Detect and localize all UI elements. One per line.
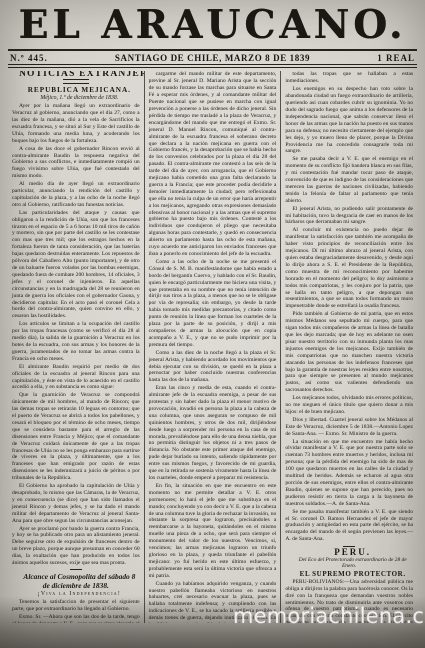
article-paragraph: Tenemos la satisfaccion de presentar el … bbox=[12, 599, 140, 613]
article-paragraph: La situación en que me encuentro me habí… bbox=[285, 439, 413, 508]
article-paragraph: Que la guarnición de Veracruz se compond… bbox=[12, 392, 140, 482]
peru-section-header: PERU. bbox=[285, 549, 413, 556]
article-paragraph: Como a las diez de la noche llegó a la p… bbox=[149, 350, 277, 385]
column-3: todas las tropas que se hallaban a estas… bbox=[280, 71, 417, 623]
article-paragraph: Dios y libertad. Cuartel jeneral sobre l… bbox=[285, 417, 413, 438]
article-paragraph: cargarme del mando militar de este depar… bbox=[149, 71, 277, 257]
masthead-rule bbox=[8, 49, 417, 51]
section-divider bbox=[70, 569, 82, 570]
article-paragraph: Los artículos se limitan a la ocupación … bbox=[12, 321, 140, 362]
article-paragraph: Se me pasaba manifestar también a V. E. … bbox=[285, 509, 413, 544]
article-paragraph: Ayer se proclamó por bando la guerra con… bbox=[12, 526, 140, 567]
newspaper-page: EL ARAUCANO. N.º 445. SANTIAGO DE CHILE,… bbox=[0, 0, 425, 648]
article-paragraph: Pido también al Gobierno de mi patria, q… bbox=[285, 311, 413, 394]
article-paragraph: Las particularidades del ataque y causas… bbox=[12, 210, 140, 321]
alcance-title: Alcance al Cosmopolita del sábado 8 de d… bbox=[12, 573, 140, 590]
price-label: 1 REAL bbox=[330, 53, 415, 63]
article-subheader: REPUBLICA MEJICANA. bbox=[12, 87, 140, 94]
article-paragraph: Al medio día de ayer llegó un extraordin… bbox=[12, 181, 140, 209]
article-paragraph: A cosa de las doce el gobernador Rincon … bbox=[12, 146, 140, 181]
place-date: SANTIAGO DE CHILE, MARZO 8 DE 1839 bbox=[95, 53, 330, 63]
dateline-rule bbox=[8, 64, 417, 69]
article-paragraph: Al concluir mi existencia no puedo dejar… bbox=[285, 227, 413, 310]
masthead-title: EL ARAUCANO. bbox=[8, 5, 417, 46]
article-paragraph: Se me pasaba decir a V. E. que el enemig… bbox=[285, 156, 413, 204]
article-paragraph: Los enemigos en su despecho han roto sob… bbox=[285, 86, 413, 155]
issue-number: N.º 445. bbox=[10, 53, 95, 63]
article-paragraph: Como a las ocho de la noche se me presen… bbox=[149, 259, 277, 349]
article-paragraph: Ayer por la mañana llegó un extraordinar… bbox=[12, 103, 140, 144]
article-paragraph: El jeneral Arista, no pudiendo salir pro… bbox=[285, 206, 413, 227]
watermark: memoriachilena.cl bbox=[233, 604, 425, 628]
article-paragraph: Exmo. Sr. —Ahora que son las dos de la t… bbox=[12, 614, 140, 624]
article-paragraph: En fin, la situación en que me encuentro… bbox=[149, 483, 277, 580]
dateline-bar: N.º 445. SANTIAGO DE CHILE, MARZO 8 DE 1… bbox=[10, 53, 415, 63]
supremo-protector-header: EL SUPREMO PROTECTOR. bbox=[285, 571, 413, 578]
column-2: cargarme del mando militar de este depar… bbox=[144, 71, 281, 623]
article-paragraph: Eran las cinco y media de esta, cuando e… bbox=[149, 385, 277, 482]
viva-slogan: ¡Viva la Independencia! bbox=[12, 591, 140, 598]
peru-source-line: Del Eco del Protectorado extraordinario … bbox=[285, 557, 413, 570]
section-header: NOTICIAS EXTRANJERAS. bbox=[12, 71, 140, 78]
article-columns: NOTICIAS EXTRANJERAS. REPUBLICA MEJICANA… bbox=[8, 71, 417, 623]
article-paragraph: todas las tropas que se hallaban a estas… bbox=[285, 71, 413, 85]
article-paragraph: El almirante Baudin requirió por medio d… bbox=[12, 364, 140, 392]
article-paragraph: El Gobierno ha aprobado la capitulación … bbox=[12, 483, 140, 524]
article-paragraph: Los mejicanos todos, olvidando mis error… bbox=[285, 395, 413, 416]
header-ornament bbox=[63, 79, 89, 84]
article-dateline: Méjico, 1.º de diciembre de 1838. bbox=[12, 95, 140, 102]
column-1: NOTICIAS EXTRANJERAS. REPUBLICA MEJICANA… bbox=[8, 71, 144, 623]
